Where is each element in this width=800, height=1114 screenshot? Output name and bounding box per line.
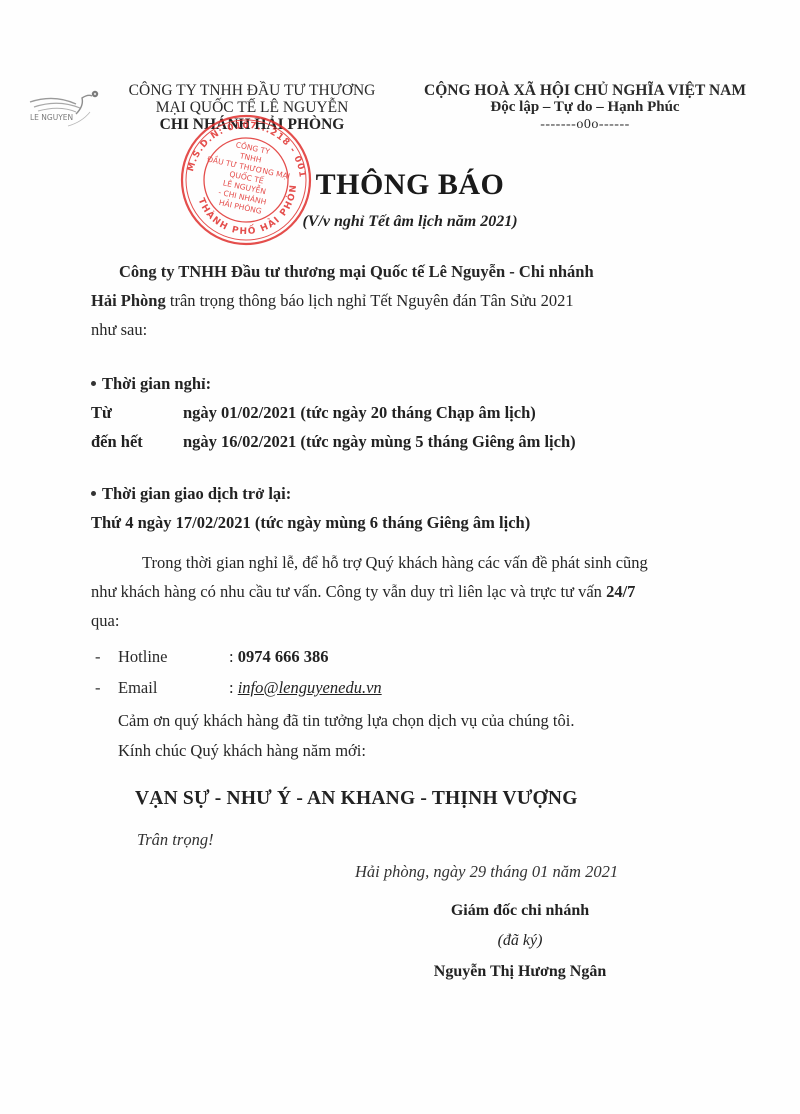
national-title: CỘNG HOÀ XÃ HỘI CHỦ NGHĨA VIỆT NAM	[410, 82, 760, 99]
email-value: : info@lenguyenedu.vn	[229, 678, 382, 698]
email-link[interactable]: info@lenguyenedu.vn	[238, 678, 382, 697]
resume-heading: Thời gian giao dịch trở lại:	[91, 484, 291, 504]
support-line-2-text: như khách hàng có nhu cầu tư vấn. Công t…	[91, 582, 606, 601]
support-line-3: qua:	[91, 606, 731, 635]
holiday-to-label: đến hết	[91, 432, 143, 452]
svg-text:LE NGUYEN: LE NGUYEN	[30, 113, 73, 122]
holiday-from-value: ngày 01/02/2021 (tức ngày 20 tháng Chạp …	[183, 403, 536, 423]
holiday-heading: Thời gian nghỉ:	[91, 374, 211, 394]
contact-dash: -	[95, 647, 101, 667]
signed-note: (đã ký)	[380, 932, 660, 950]
intro-line-3: như sau:	[91, 315, 711, 344]
intro-line-2: Hải Phòng trân trọng thông báo lịch nghỉ…	[91, 286, 711, 315]
holiday-from-label: Từ	[91, 403, 112, 423]
separator: :	[229, 647, 238, 666]
signer-name: Nguyễn Thị Hương Ngân	[380, 963, 660, 981]
new-year-wish: VẠN SỰ - NHƯ Ý - AN KHANG - THỊNH VƯỢNG	[135, 788, 578, 810]
company-logo: LE NGUYEN	[24, 88, 104, 132]
signer-position: Giám đốc chi nhánh	[380, 902, 660, 920]
intro-paragraph: Công ty TNHH Đầu tư thương mại Quốc tế L…	[91, 257, 711, 344]
national-header: CỘNG HOÀ XÃ HỘI CHỦ NGHĨA VIỆT NAM Độc l…	[410, 82, 760, 133]
resume-heading-text: Thời gian giao dịch trở lại:	[102, 484, 291, 503]
holiday-to-value: ngày 16/02/2021 (tức ngày mùng 5 tháng G…	[183, 432, 576, 452]
bullet-icon	[91, 381, 96, 386]
hotline-value: : 0974 666 386	[229, 647, 328, 667]
company-name-line-1: CÔNG TY TNHH ĐẦU TƯ THƯƠNG	[112, 82, 392, 99]
separator: :	[229, 678, 238, 697]
support-line-2: như khách hàng có nhu cầu tư vấn. Công t…	[91, 577, 731, 606]
wish-intro: Kính chúc Quý khách hàng năm mới:	[118, 736, 738, 765]
holiday-heading-text: Thời gian nghỉ:	[102, 374, 211, 393]
place-date: Hải phòng, ngày 29 tháng 01 năm 2021	[355, 862, 618, 882]
intro-branch-name: Hải Phòng	[91, 291, 166, 310]
document-subtitle: (V/v nghỉ Tết âm lịch năm 2021)	[0, 213, 800, 231]
header-separator: -------o0o------	[410, 116, 760, 133]
support-line-1: Trong thời gian nghỉ lễ, để hỗ trợ Quý k…	[91, 548, 731, 577]
national-motto: Độc lập – Tự do – Hạnh Phúc	[410, 99, 760, 116]
hotline-number[interactable]: 0974 666 386	[238, 647, 329, 666]
thanks-text: Cảm ơn quý khách hàng đã tin tưởng lựa c…	[118, 706, 738, 735]
document-page: LE NGUYEN CÔNG TY TNHH ĐẦU TƯ THƯƠNG MẠI…	[0, 0, 800, 1114]
intro-line-2-text: trân trọng thông báo lịch nghỉ Tết Nguyê…	[166, 291, 574, 310]
hotline-label: Hotline	[118, 647, 168, 667]
bullet-icon	[91, 491, 96, 496]
email-label: Email	[118, 678, 157, 698]
resume-value: Thứ 4 ngày 17/02/2021 (tức ngày mùng 6 t…	[91, 513, 530, 533]
closing-text: Trân trọng!	[137, 830, 214, 850]
intro-line-1: Công ty TNHH Đầu tư thương mại Quốc tế L…	[91, 257, 711, 286]
support-paragraph: Trong thời gian nghỉ lễ, để hỗ trợ Quý k…	[91, 548, 731, 635]
document-title: THÔNG BÁO	[0, 168, 800, 202]
support-hours: 24/7	[606, 582, 635, 601]
contact-dash: -	[95, 678, 101, 698]
